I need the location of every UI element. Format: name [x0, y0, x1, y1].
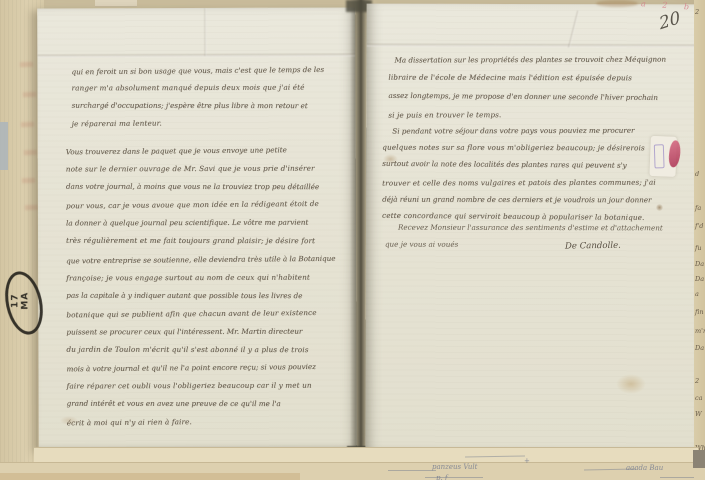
postmark-day: 17 — [10, 290, 20, 312]
signature-de-candolle: De Candolle. — [565, 241, 621, 252]
handwriting-line: Vous trouverez dans le paquet que je vou… — [66, 141, 357, 162]
handwriting-line: libraire de l'école de Médecine mais l'é… — [388, 69, 696, 88]
handwriting-line: assez longtemps, je me propose d'en donn… — [388, 86, 696, 107]
foxing-stain — [616, 374, 646, 394]
fold-crease — [366, 44, 696, 48]
foxing-stain — [383, 154, 398, 164]
handwriting-line: pour vous, car je vous avoue que mon idé… — [66, 195, 357, 216]
ink-bleed-mark — [21, 122, 34, 127]
ink-bleed-mark — [25, 205, 38, 210]
faint-pen-stroke — [425, 477, 483, 478]
handwriting-line: je réparerai ma lenteur. — [72, 113, 357, 133]
letter-page-right: Ma dissertation sur les propriétés des p… — [365, 4, 696, 453]
handwriting-line: botanique qui se publient afin que chacu… — [66, 303, 357, 324]
handwriting-paragraph: Ma dissertation sur les propriétés des p… — [388, 51, 696, 125]
handwriting-line: dans votre journal, à moins que vous ne … — [66, 178, 357, 197]
facing-page-text-fragment: fin — [695, 308, 704, 316]
facing-page-text-fragment: f'd — [695, 222, 703, 230]
handwriting-paragraph: Vous trouverez dans le paquet que je vou… — [66, 141, 357, 432]
handwriting-line: surchargé d'occupations; j'espère être p… — [72, 97, 357, 115]
facing-page-text-fragment: W — [695, 410, 702, 418]
album-page-right-edge: 2dfaf'dfuDaDaafinm'rDa2caWWh. — [694, 0, 705, 480]
handwriting-line: très régulièrement et me fait toujours g… — [66, 232, 357, 251]
handwriting-line: grand intérêt et vous en avez une preuve… — [67, 395, 357, 414]
foxing-stain — [656, 204, 663, 211]
closing-line: Recevez Monsieur l'assurance des sentime… — [398, 223, 663, 233]
handwriting-line: françoise; je vous engage surtout au nom… — [66, 268, 357, 287]
under-sheet-edge — [0, 473, 300, 480]
facing-page-text-fragment: d — [695, 170, 699, 178]
facing-page-text-fragment: a — [695, 290, 699, 298]
binding-corner-shadow — [693, 450, 705, 468]
facing-page-text-fragment: fu — [695, 244, 702, 252]
facing-page-text-fragment: ca — [695, 394, 703, 402]
ink-bleed-mark — [24, 150, 37, 155]
handwriting-line: Ma dissertation sur les propriétés des p… — [388, 50, 696, 69]
ink-bleed-mark — [22, 178, 35, 183]
handwriting-line: ranger m'a absolument manqué depuis deux… — [71, 79, 356, 97]
handwriting-line: que votre entreprise se soutienne, elle … — [66, 249, 357, 270]
faint-pen-stroke — [660, 477, 694, 478]
foxing-stain — [60, 416, 78, 425]
facing-page-text-fragment: Da — [695, 260, 704, 268]
closing-line: que je vous ai voués — [385, 240, 458, 249]
paper-edge-tab — [95, 0, 137, 7]
facing-page-text-fragment: 2 — [695, 377, 699, 385]
handwriting-paragraph: qui en feroit un si bon usage que vous, … — [71, 61, 356, 132]
handwriting-line: du jardin de Toulon m'écrit qu'il s'est … — [66, 341, 356, 360]
handwriting-line: quelques notes sur sa flore vous m'oblig… — [382, 139, 696, 157]
handwriting-line: pas la capitale à y indiquer autant que … — [66, 286, 357, 305]
faint-pen-stroke — [388, 470, 436, 471]
handwriting-line: la donner à quelque journal peu scientif… — [66, 214, 357, 233]
postmark-month: MA — [20, 290, 30, 312]
fold-crease — [568, 10, 579, 47]
manuscript-scan: qui en feroit un si bon usage que vous, … — [0, 0, 705, 480]
fold-crease — [204, 8, 206, 56]
handwriting-line: Si pendant votre séjour dans votre pays … — [382, 121, 696, 139]
fold-crease — [37, 53, 355, 57]
gray-paper-patch — [0, 122, 8, 170]
facing-page-text-fragment: Da — [695, 344, 704, 352]
handwriting-line: écrit à moi qui n'y ai rien à faire. — [67, 412, 357, 433]
handwriting-line: note sur le dernier ouvrage de Mr. Savi … — [66, 160, 357, 179]
letter-page-left: qui en feroit un si bon usage que vous, … — [37, 7, 357, 450]
handwriting-line: déjà réuni un grand nombre de ces dernie… — [382, 190, 696, 208]
postmark-text: 17 MA — [10, 290, 30, 312]
handwriting-line: puissent se procurer ceux qui l'intéress… — [66, 322, 356, 341]
lavender-seal-mark — [654, 144, 665, 168]
facing-page-text-fragment: fa — [695, 204, 701, 212]
ink-bleed-mark — [23, 92, 36, 97]
handwriting-line: trouver et celle des noms vulgaires et p… — [382, 173, 696, 191]
handwriting-line: faire réparer cet oubli vous l'obligerie… — [67, 377, 357, 396]
handwriting-line: qui en feroit un si bon usage que vous, … — [71, 61, 356, 81]
foxing-stain — [596, 0, 638, 7]
facing-page-text-fragment: Da — [695, 275, 704, 283]
facing-page-text-fragment: m'r — [695, 327, 705, 335]
ink-bleed-mark — [20, 62, 33, 67]
handwriting-line: mois à votre journal et qu'il ne l'a poi… — [66, 358, 356, 379]
